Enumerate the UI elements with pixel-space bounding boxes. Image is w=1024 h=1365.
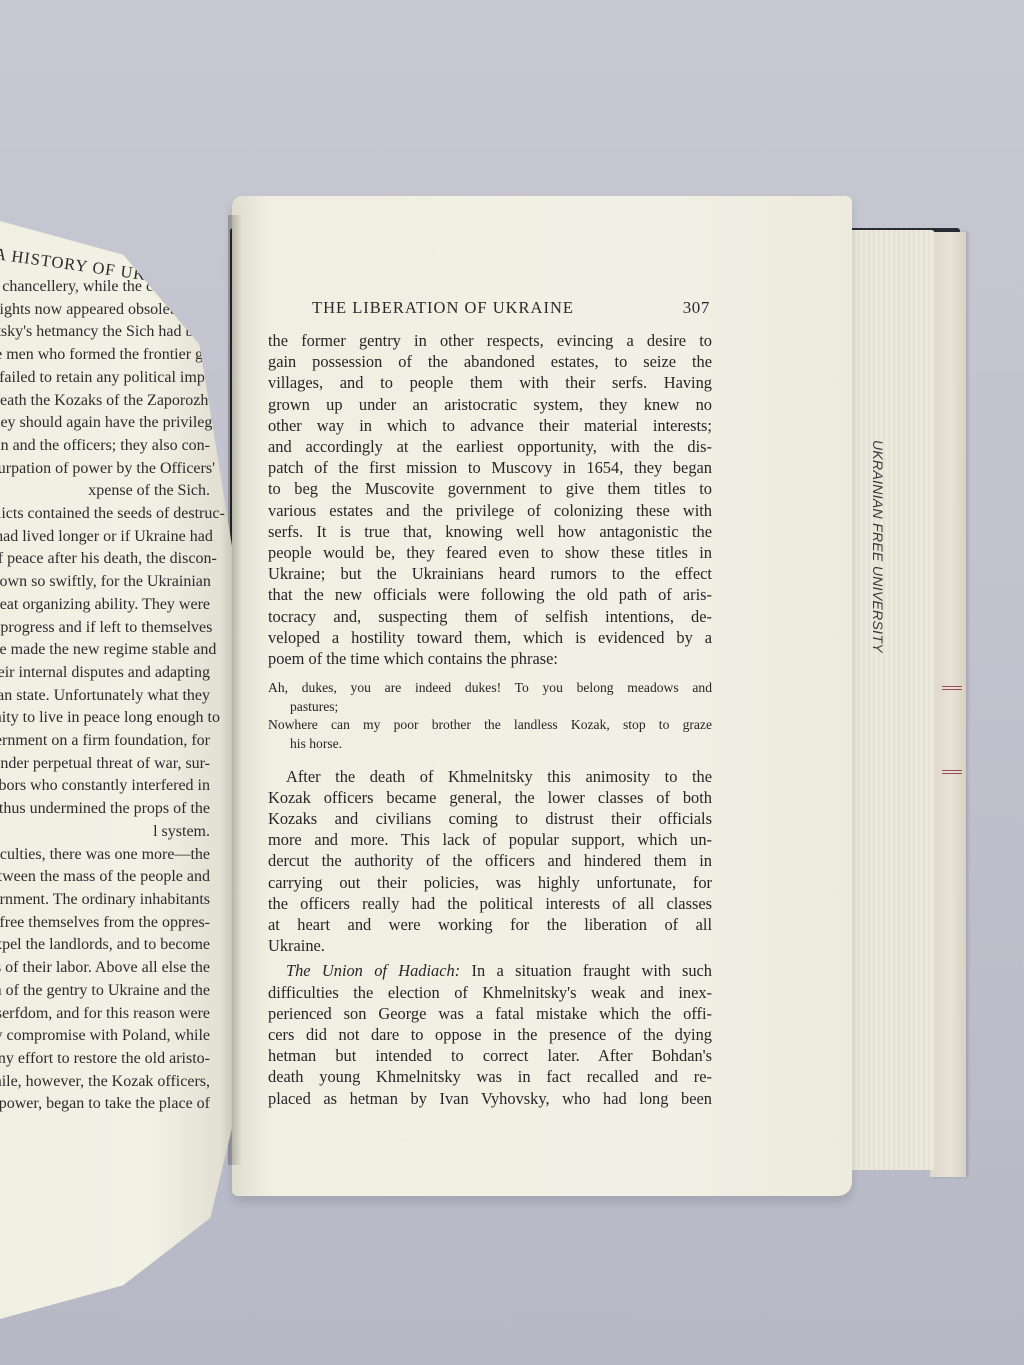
text-line: to beg the Muscovite government to give … bbox=[268, 478, 712, 499]
text-line: Hetman state. Unfortunately what they bbox=[0, 685, 232, 708]
text-line: government on a firm foundation, for bbox=[0, 730, 232, 753]
text-line: neighbors who constantly interfered in bbox=[0, 775, 232, 798]
text-line: ct between the mass of the people and bbox=[0, 866, 232, 889]
text-line: ion any effort to restore the old aristo… bbox=[0, 1048, 232, 1071]
text-line: various estates and the privilege of col… bbox=[268, 500, 712, 521]
text-line: ave grown so swiftly, for the Ukrainian bbox=[0, 571, 232, 594]
text-line: carrying out their policies, was highly … bbox=[268, 872, 712, 893]
paragraph-3: The Union of Hadiach: In a situation fra… bbox=[268, 960, 712, 1108]
running-head: THE LIBERATION OF UKRAINE 307 bbox=[312, 298, 710, 318]
text-line: more and more. This lack of popular supp… bbox=[268, 829, 712, 850]
text-line: g their internal disputes and adapting bbox=[0, 662, 232, 685]
text-line: Kozaks and civilians coming to distrust … bbox=[268, 808, 712, 829]
text-line: hetman and the officers; they also con- bbox=[0, 435, 232, 458]
paragraph-2: After the death of Khmelnitsky this anim… bbox=[268, 766, 712, 957]
text-line: difficulties the election of Khmelnitsky… bbox=[268, 982, 712, 1003]
text-line: for the men who formed the frontier guar… bbox=[0, 344, 232, 367]
verse-line: pastures; bbox=[268, 698, 712, 717]
verse-quote: Ah, dukes, you are indeed dukes! To you … bbox=[268, 679, 712, 753]
text-line: death young Khmelnitsky was in fact reca… bbox=[268, 1066, 712, 1087]
jacket-mark-upper bbox=[942, 686, 962, 690]
text-line: hetman but intended to correct later. Af… bbox=[268, 1045, 712, 1066]
section-heading: The Union of Hadiach: bbox=[286, 961, 460, 980]
text-line: perienced son George was a fatal mistake… bbox=[268, 1003, 712, 1024]
stamp-main-text: UKRAINIAN FREE UNIVERSITY bbox=[870, 440, 886, 653]
text-line: gain possession of the abandoned estates… bbox=[268, 351, 712, 372]
text-line: xpense of the Sich. bbox=[0, 480, 232, 503]
text-line: poem of the time which contains the phra… bbox=[268, 648, 712, 669]
text-line: grown up under an aristocratic system, t… bbox=[268, 394, 712, 415]
text-line: people would be, they feared even to sho… bbox=[268, 542, 712, 563]
text-line: s and thus undermined the props of the bbox=[0, 798, 232, 821]
text-line: other way in which to advance their mate… bbox=[268, 415, 712, 436]
text-line: the officers really had the political in… bbox=[268, 893, 712, 914]
left-page-text: ilitary chancellery, while the claims of… bbox=[0, 276, 232, 1116]
text-line: melnitsky's hetmancy the Sich had become bbox=[0, 321, 232, 344]
text-line: d great organizing ability. They were bbox=[0, 594, 232, 617]
text-line: villages, and to people them with their … bbox=[268, 372, 712, 393]
text-line: ly have made the new regime stable and bbox=[0, 639, 232, 662]
chapter-title: THE LIBERATION OF UKRAINE bbox=[312, 298, 574, 318]
text-line: After the death of Khmelnitsky this anim… bbox=[268, 766, 712, 787]
text-line: l conflicts contained the seeds of destr… bbox=[0, 503, 232, 526]
right-page-body: the former gentry in other respects, evi… bbox=[268, 330, 712, 1109]
text-line: r his death the Kozaks of the Zaporozhe bbox=[0, 390, 232, 413]
text-line: d had failed to retain any political imp… bbox=[0, 367, 232, 390]
text-line: to expel the landlords, and to become bbox=[0, 934, 232, 957]
text-line: dercut the authority of the officers and… bbox=[268, 850, 712, 871]
text-line: lucts of their labor. Above all else the bbox=[0, 957, 232, 980]
verse-line: Ah, dukes, you are indeed dukes! To you … bbox=[268, 679, 712, 698]
text-line: old serfdom, and for this reason were bbox=[0, 1003, 232, 1026]
page-number: 307 bbox=[683, 298, 710, 318]
text-line: government. The ordinary inhabitants bbox=[0, 889, 232, 912]
paragraph-1: the former gentry in other respects, evi… bbox=[268, 330, 712, 669]
text-line: and accordingly at the earliest opportun… bbox=[268, 436, 712, 457]
text-line: the usurpation of power by the Officers' bbox=[0, 458, 232, 481]
book-photo-scene: UKRAINIAN FREE UNIVERSITY FOUNDATION INC… bbox=[0, 0, 1024, 1365]
text-line: Kozak officers became general, the lower… bbox=[268, 787, 712, 808]
text-line: anwhile, however, the Kozak officers, bbox=[0, 1071, 232, 1094]
jacket-mark-lower bbox=[942, 770, 962, 774]
text-line: cal power, began to take the place of bbox=[0, 1093, 232, 1116]
text-line: Ukraine; but the Ukrainians heard rumors… bbox=[268, 563, 712, 584]
text-line: that the new officials were following th… bbox=[268, 584, 712, 605]
dust-jacket-edge bbox=[930, 232, 966, 1177]
text-line: placed as hetman by Ivan Vyhovsky, who h… bbox=[268, 1088, 712, 1109]
text-line: the former gentry in other respects, evi… bbox=[268, 330, 712, 351]
library-stamp: UKRAINIAN FREE UNIVERSITY FOUNDATION INC bbox=[860, 440, 900, 700]
text-line: itsky had lived longer or if Ukraine had bbox=[0, 526, 232, 549]
text-line: at heart and were working for the libera… bbox=[268, 914, 712, 935]
text-line: that they should again have the privileg… bbox=[0, 412, 232, 435]
text-line: l system. bbox=[0, 821, 232, 844]
page-edge-block bbox=[845, 230, 935, 1170]
text-line: ears of peace after his death, the disco… bbox=[0, 548, 232, 571]
verse-line: his horse. bbox=[268, 735, 712, 754]
verse-line: Nowhere can my poor brother the landless… bbox=[268, 716, 712, 735]
text-line: The Union of Hadiach: In a situation fra… bbox=[268, 960, 712, 981]
text-line: veloped a hostility toward them, which i… bbox=[268, 627, 712, 648]
text-line: serfs. It is true that, knowing well how… bbox=[268, 521, 712, 542]
text-line: patch of the first mission to Muscovy in… bbox=[268, 457, 712, 478]
text-line: litical progress and if left to themselv… bbox=[0, 617, 232, 640]
text-line: rmer rights now appeared obsolete. Durin… bbox=[0, 299, 232, 322]
left-page: A HISTORY OF UKRAINE ilitary chancellery… bbox=[0, 210, 232, 1330]
text-line: eturn of the gentry to Ukraine and the bbox=[0, 980, 232, 1003]
text-line: portunity to live in peace long enough t… bbox=[0, 707, 232, 730]
text-line: ler to free themselves from the oppres- bbox=[0, 912, 232, 935]
text-line: cers did not dare to oppose in the prese… bbox=[268, 1024, 712, 1045]
text-line: under perpetual threat of war, sur- bbox=[0, 753, 232, 776]
text-line: ilitary chancellery, while the claims of… bbox=[0, 276, 232, 299]
text-line: tocracy and, suspecting them of selfish … bbox=[268, 606, 712, 627]
text-line: Ukraine. bbox=[268, 935, 712, 956]
text-line: e difficulties, there was one more—the bbox=[0, 844, 232, 867]
text-line: any compromise with Poland, while bbox=[0, 1025, 232, 1048]
